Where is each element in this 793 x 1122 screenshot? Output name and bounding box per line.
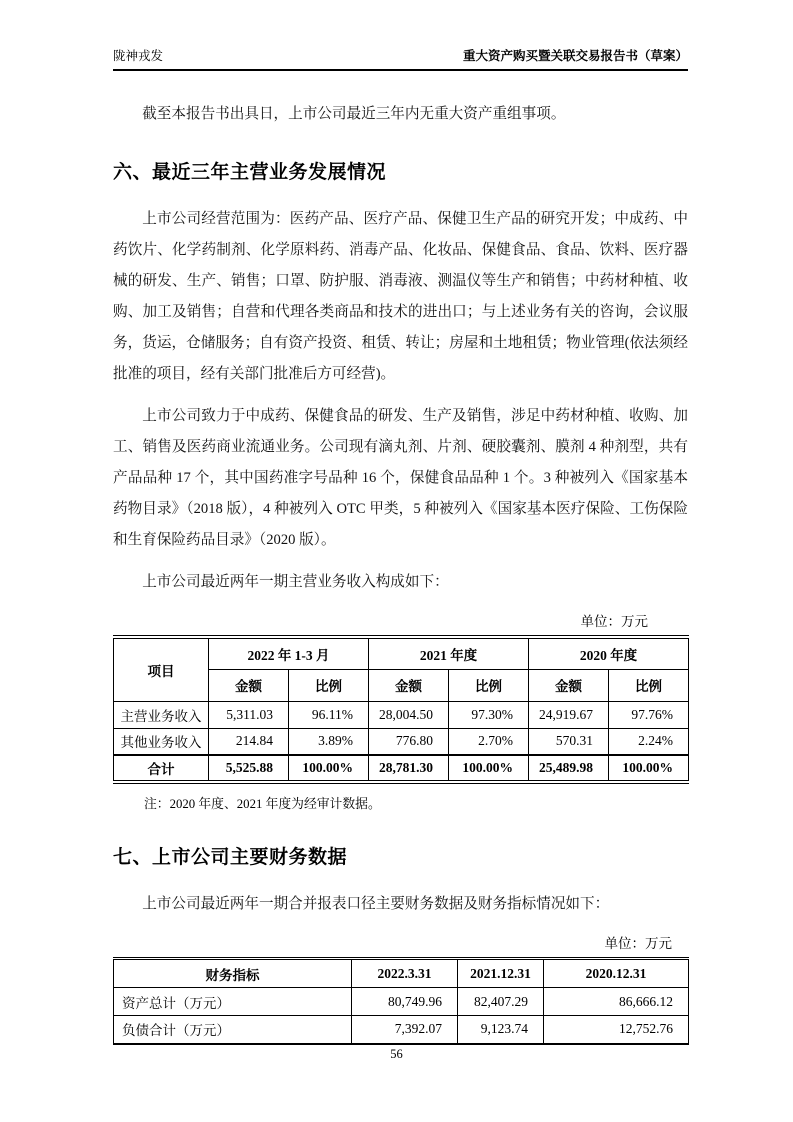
period-header-2020: 2020 年度 xyxy=(529,637,689,669)
row-label: 合计 xyxy=(114,755,209,782)
table-header-row: 财务指标 2022.3.31 2021.12.31 2020.12.31 xyxy=(114,959,689,988)
business-description-paragraph: 上市公司致力于中成药、保健食品的研发、生产及销售，涉足中药材种植、收购、加工、销… xyxy=(113,401,688,556)
amount-header: 金额 xyxy=(369,669,449,701)
table-header-row-periods: 项目 2022 年 1-3 月 2021 年度 2020 年度 xyxy=(114,637,689,669)
item-column-header: 项目 xyxy=(114,637,209,701)
table-cell: 5,311.03 xyxy=(209,701,289,728)
table-cell: 100.00% xyxy=(609,755,689,782)
date-header-2021: 2021.12.31 xyxy=(458,959,544,988)
unit-label-financial-table: 单位：万元 xyxy=(113,932,688,952)
table-cell: 80,749.96 xyxy=(352,988,458,1016)
table-cell: 776.80 xyxy=(369,728,449,755)
revenue-table-lead-in: 上市公司最近两年一期主营业务收入构成如下： xyxy=(113,567,688,598)
row-label: 负债合计（万元） xyxy=(114,1016,352,1044)
table-row-total: 合计 5,525.88 100.00% 28,781.30 100.00% 25… xyxy=(114,755,689,782)
table-cell: 2.70% xyxy=(449,728,529,755)
table-row-total-assets: 资产总计（万元） 80,749.96 82,407.29 86,666.12 xyxy=(114,988,689,1016)
table-cell: 28,004.50 xyxy=(369,701,449,728)
table-cell: 96.11% xyxy=(289,701,369,728)
audit-note: 注：2020 年度、2021 年度为经审计数据。 xyxy=(113,793,688,812)
header-company-name: 陇神戎发 xyxy=(113,46,163,64)
table-row-total-liabilities: 负债合计（万元） 7,392.07 9,123.74 12,752.76 xyxy=(114,1016,689,1044)
table-cell: 214.84 xyxy=(209,728,289,755)
section-7-heading: 七、上市公司主要财务数据 xyxy=(113,842,688,869)
page-number: 56 xyxy=(0,1047,793,1062)
table-cell: 570.31 xyxy=(529,728,609,755)
table-cell: 12,752.76 xyxy=(544,1016,689,1044)
table-cell: 86,666.12 xyxy=(544,988,689,1016)
table-cell: 97.30% xyxy=(449,701,529,728)
table-cell: 25,489.98 xyxy=(529,755,609,782)
table-cell: 5,525.88 xyxy=(209,755,289,782)
row-label: 主营业务收入 xyxy=(114,701,209,728)
table-cell: 9,123.74 xyxy=(458,1016,544,1044)
table-cell: 28,781.30 xyxy=(369,755,449,782)
header-document-title: 重大资产购买暨关联交易报告书（草案） xyxy=(463,46,688,64)
row-label: 其他业务收入 xyxy=(114,728,209,755)
date-header-2022: 2022.3.31 xyxy=(352,959,458,988)
table-cell: 3.89% xyxy=(289,728,369,755)
table-cell: 100.00% xyxy=(289,755,369,782)
ratio-header: 比例 xyxy=(449,669,529,701)
table-cell: 2.24% xyxy=(609,728,689,755)
financial-data-lead-in: 上市公司最近两年一期合并报表口径主要财务数据及财务指标情况如下： xyxy=(113,889,688,920)
table-cell: 24,919.67 xyxy=(529,701,609,728)
intro-paragraph: 截至本报告书出具日，上市公司最近三年内无重大资产重组事项。 xyxy=(113,99,688,130)
financial-indicators-table: 财务指标 2022.3.31 2021.12.31 2020.12.31 资产总… xyxy=(113,957,689,1045)
section-6-heading: 六、最近三年主营业务发展情况 xyxy=(113,157,688,184)
period-header-2022: 2022 年 1-3 月 xyxy=(209,637,369,669)
period-header-2021: 2021 年度 xyxy=(369,637,529,669)
row-label: 资产总计（万元） xyxy=(114,988,352,1016)
table-row-other-revenue: 其他业务收入 214.84 3.89% 776.80 2.70% 570.31 … xyxy=(114,728,689,755)
table-row-main-revenue: 主营业务收入 5,311.03 96.11% 28,004.50 97.30% … xyxy=(114,701,689,728)
business-scope-paragraph: 上市公司经营范围为：医药产品、医疗产品、保健卫生产品的研究开发；中成药、中药饮片… xyxy=(113,204,688,390)
running-header: 陇神戎发 重大资产购买暨关联交易报告书（草案） xyxy=(113,46,688,71)
amount-header: 金额 xyxy=(209,669,289,701)
table-cell: 82,407.29 xyxy=(458,988,544,1016)
date-header-2020: 2020.12.31 xyxy=(544,959,689,988)
indicator-column-header: 财务指标 xyxy=(114,959,352,988)
ratio-header: 比例 xyxy=(289,669,369,701)
table-cell: 100.00% xyxy=(449,755,529,782)
table-cell: 97.76% xyxy=(609,701,689,728)
ratio-header: 比例 xyxy=(609,669,689,701)
revenue-composition-table: 项目 2022 年 1-3 月 2021 年度 2020 年度 金额 比例 金额… xyxy=(113,635,689,784)
amount-header: 金额 xyxy=(529,669,609,701)
table-cell: 7,392.07 xyxy=(352,1016,458,1044)
document-page: 陇神戎发 重大资产购买暨关联交易报告书（草案） 截至本报告书出具日，上市公司最近… xyxy=(0,0,793,1122)
unit-label-revenue-table: 单位：万元 xyxy=(113,610,688,630)
